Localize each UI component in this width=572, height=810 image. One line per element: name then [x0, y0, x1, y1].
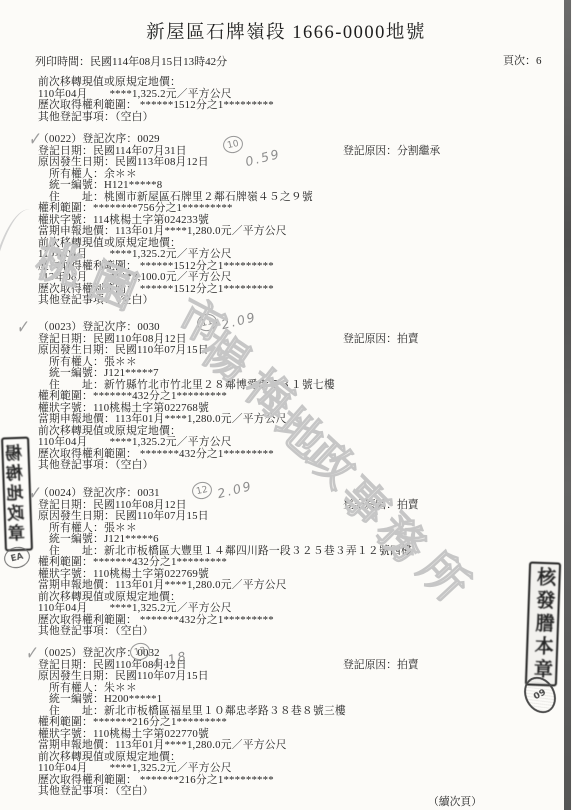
field-line: 其他登記事項：（空白）: [38, 786, 346, 798]
field-line: 其他登記事項：（空白）: [38, 112, 274, 124]
field-line: 統一編號：H121*****8: [38, 180, 313, 192]
field-line: 歷次取得權利範圍： ******1512分之1*********: [38, 100, 274, 112]
field-line: 其他登記事項：（空白）: [38, 295, 313, 307]
ink-seal-right: 核發謄本章: [525, 561, 561, 686]
field-line: 權利範圍：*******432分之1*********: [38, 557, 412, 569]
field-line: 權利範圍：*******432分之1*********: [38, 391, 335, 403]
registration-cause: 登記原因：拍賣: [343, 334, 419, 346]
continued-next-page-label: （續次頁）: [428, 794, 482, 809]
field-line: 113年08月 ****8,100.0元／平方公尺: [38, 272, 313, 284]
field-line: 110年04月 ****1,325.2元／平方公尺: [38, 603, 412, 615]
field-line: 其他登記事項：（空白）: [38, 626, 412, 638]
field-line: 權利範圍：*******216分之1*********: [38, 717, 346, 729]
checkmark-icon: ✓: [16, 314, 31, 340]
field-line: 當期申報地價：113年01月****1,280.0元／平方公尺: [38, 226, 313, 238]
field-line: 原因發生日期：民國110年07月15日: [38, 671, 346, 683]
section-header: （0025）登記次序：0032: [38, 648, 346, 660]
page-number: 頁次：6: [503, 52, 542, 68]
field-line: 權利範圍：********756分之1*********: [38, 203, 313, 215]
field-line: 110年04月 ****1,325.2元／平方公尺: [38, 249, 313, 261]
scan-edge-shadow: [564, 0, 571, 810]
registration-cause: 登記原因：拍賣: [343, 500, 419, 512]
field-line: 統一編號：J121*****7: [38, 368, 335, 380]
registration-section-0023: 登記原因：拍賣 （0023）登記次序：0030 登記日期：民國110年08月12…: [38, 322, 335, 472]
field-line: 當期申報地價：113年01月****1,280.0元／平方公尺: [38, 580, 412, 592]
carryover-block: 前次移轉現值或原規定地價： 110年04月 ****1,325.2元／平方公尺 …: [38, 77, 274, 123]
watermark-char: 所: [410, 544, 475, 609]
field-line: 前次移轉現值或原規定地價：: [38, 77, 274, 89]
field-line: 統一編號：H200*****1: [38, 694, 346, 706]
registration-cause: 登記原因：拍賣: [343, 660, 419, 672]
registration-section-0025: 登記原因：拍賣 （0025）登記次序：0032 登記日期：民國110年08月12…: [38, 648, 346, 798]
field-line: 其他登記事項：（空白）: [38, 460, 335, 472]
ink-seal-left: 楊梅地政章: [1, 437, 33, 552]
field-line: 原因發生日期：民國110年07月15日: [38, 345, 335, 357]
section-header: （0023）登記次序：0030: [38, 322, 335, 334]
section-header: （0022）登記次序：0029: [38, 134, 313, 146]
registration-section-0024: 登記原因：拍賣 （0024）登記次序：0031 登記日期：民國110年08月12…: [38, 488, 412, 638]
field-line: 原因發生日期：民國110年07月15日: [38, 511, 412, 523]
field-line: 當期申報地價：113年01月****1,280.0元／平方公尺: [38, 414, 335, 426]
field-line: 110年04月 ****1,325.2元／平方公尺: [38, 763, 346, 775]
scanned-land-register-page: 新屋區石牌嶺段 1666-0000地號 列印時間：民國114年08月15日13時…: [0, 0, 572, 810]
page-title: 新屋區石牌嶺段 1666-0000地號: [0, 18, 572, 44]
field-line: 110年04月 ****1,325.2元／平方公尺: [38, 437, 335, 449]
field-line: 統一編號：J121*****6: [38, 534, 412, 546]
registration-cause: 登記原因：分割繼承: [343, 146, 440, 158]
print-time: 列印時間：民國114年08月15日13時42分: [35, 53, 227, 69]
field-line: 當期申報地價：113年01月****1,280.0元／平方公尺: [38, 740, 346, 752]
